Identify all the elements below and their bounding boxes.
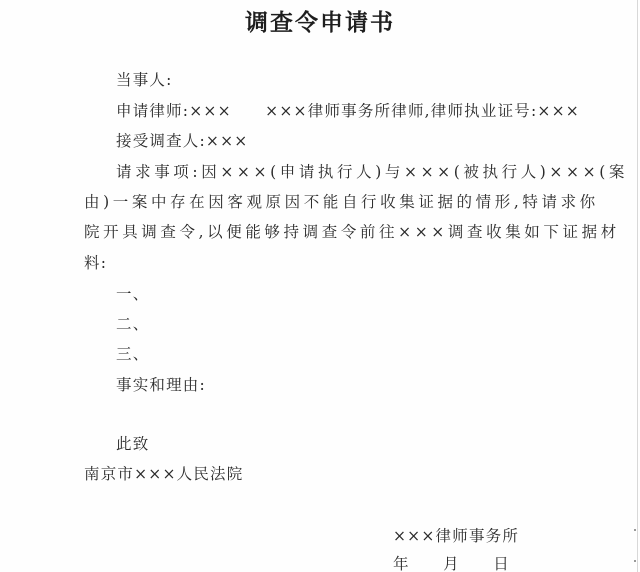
edge-mark bbox=[634, 560, 636, 562]
investigated-person-line: 接受调查人:××× bbox=[116, 131, 249, 151]
evidence-item-3: 三、 bbox=[116, 344, 149, 364]
request-line-3: 院开具调查令,以便能够持调查令前往×××调查收集如下证据材 bbox=[84, 222, 620, 242]
parties-label: 当事人: bbox=[116, 70, 173, 90]
request-line-2: 由)一案中存在因客观原因不能自行收集证据的情形,特请求你 bbox=[84, 192, 599, 212]
page-edge-divider bbox=[637, 0, 638, 572]
signature-firm: ×××律师事务所 bbox=[393, 526, 519, 546]
signature-date: 年 月 日 bbox=[393, 554, 510, 572]
document-title: 调查令申请书 bbox=[0, 4, 640, 37]
request-line-1: 请求事项:因×××(申请执行人)与×××(被执行人)×××(案 bbox=[116, 162, 628, 182]
document-page: 调查令申请书 当事人: 申请律师:××× ×××律师事务所律师,律师执业证号:×… bbox=[0, 0, 640, 572]
facts-and-reasons-label: 事实和理由: bbox=[116, 375, 206, 395]
request-line-4: 料: bbox=[84, 253, 107, 273]
evidence-item-1: 一、 bbox=[116, 284, 149, 304]
evidence-item-2: 二、 bbox=[116, 314, 149, 334]
applicant-lawyer-line: 申请律师:××× ×××律师事务所律师,律师执业证号:××× bbox=[116, 101, 580, 121]
edge-mark bbox=[634, 529, 636, 531]
addressee-court: 南京市×××人民法院 bbox=[84, 464, 243, 484]
closing-salutation: 此致 bbox=[116, 434, 149, 454]
